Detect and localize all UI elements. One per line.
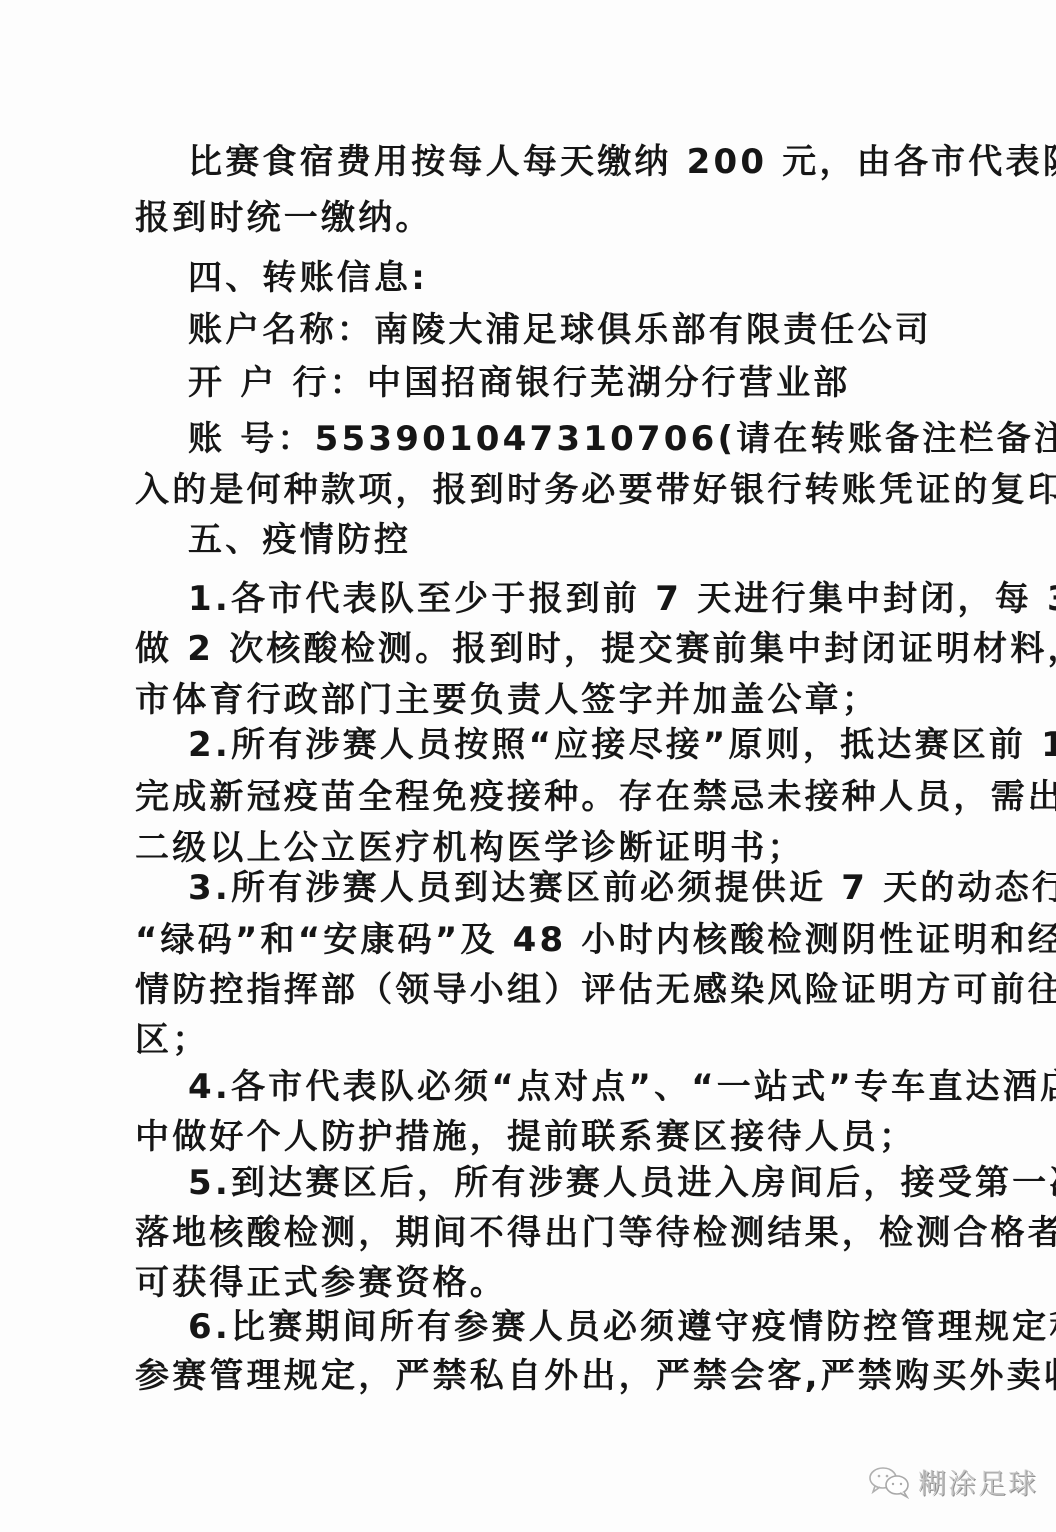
text-line: 二级以上公立医疗机构医学诊断证明书；: [135, 828, 805, 868]
text-line: 4.各市代表队必须“点对点”、“一站式”专车直达酒店，途: [188, 1067, 1056, 1107]
text-line: 6.比赛期间所有参赛人员必须遵守疫情防控管理规定和: [188, 1307, 1056, 1347]
text-line: 入的是何种款项，报到时务必要带好银行转账凭证的复印件): [135, 470, 1056, 510]
text-line: 2.所有涉赛人员按照“应接尽接”原则，抵达赛区前 14 天: [188, 725, 1056, 765]
watermark: 糊涂足球: [868, 1462, 1038, 1502]
text-line: 落地核酸检测，期间不得出门等待检测结果，检测合格者方: [135, 1213, 1056, 1253]
text-line: 账户名称：南陵大浦足球俱乐部有限责任公司: [188, 310, 932, 350]
text-line: 账 号：553901047310706(请在转账备注栏备注转: [188, 419, 1056, 459]
text-line: 1.各市代表队至少于报到前 7 天进行集中封闭，每 3 天: [188, 579, 1056, 619]
text-line: 3.所有涉赛人员到达赛区前必须提供近 7 天的动态行程: [188, 868, 1056, 908]
text-line: 比赛食宿费用按每人每天缴纳 200 元，由各市代表队在: [188, 142, 1056, 182]
document-page: 比赛食宿费用按每人每天缴纳 200 元，由各市代表队在报到时统一缴纳。四、转账信…: [0, 0, 1056, 1532]
text-line: 开 户 行：中国招商银行芜湖分行营业部: [188, 363, 850, 403]
text-line: 区；: [135, 1020, 209, 1060]
text-line: 做 2 次核酸检测。报到时，提交赛前集中封闭证明材料，各: [135, 629, 1056, 669]
text-line: 完成新冠疫苗全程免疫接种。存在禁忌未接种人员，需出具: [135, 777, 1056, 817]
text-line: 参赛管理规定，严禁私自外出，严禁会客,严禁购买外卖收取: [135, 1356, 1056, 1396]
watermark-text: 糊涂足球: [918, 1462, 1038, 1502]
text-line: 可获得正式参赛资格。: [135, 1263, 507, 1303]
text-line: 五、疫情防控: [188, 520, 411, 560]
text-line: 5.到达赛区后，所有涉赛人员进入房间后，接受第一次: [188, 1163, 1056, 1203]
text-line: 市体育行政部门主要负责人签字并加盖公章；: [135, 680, 879, 720]
wechat-icon: [868, 1465, 912, 1499]
text-line: 中做好个人防护措施，提前联系赛区接待人员；: [135, 1117, 916, 1157]
text-line: “绿码”和“安康码”及 48 小时内核酸检测阴性证明和经当地疫: [135, 920, 1056, 960]
text-line: 报到时统一缴纳。: [135, 198, 433, 238]
text-line: 情防控指挥部（领导小组）评估无感染风险证明方可前往赛: [135, 970, 1056, 1010]
text-line: 四、转账信息:: [188, 258, 428, 298]
